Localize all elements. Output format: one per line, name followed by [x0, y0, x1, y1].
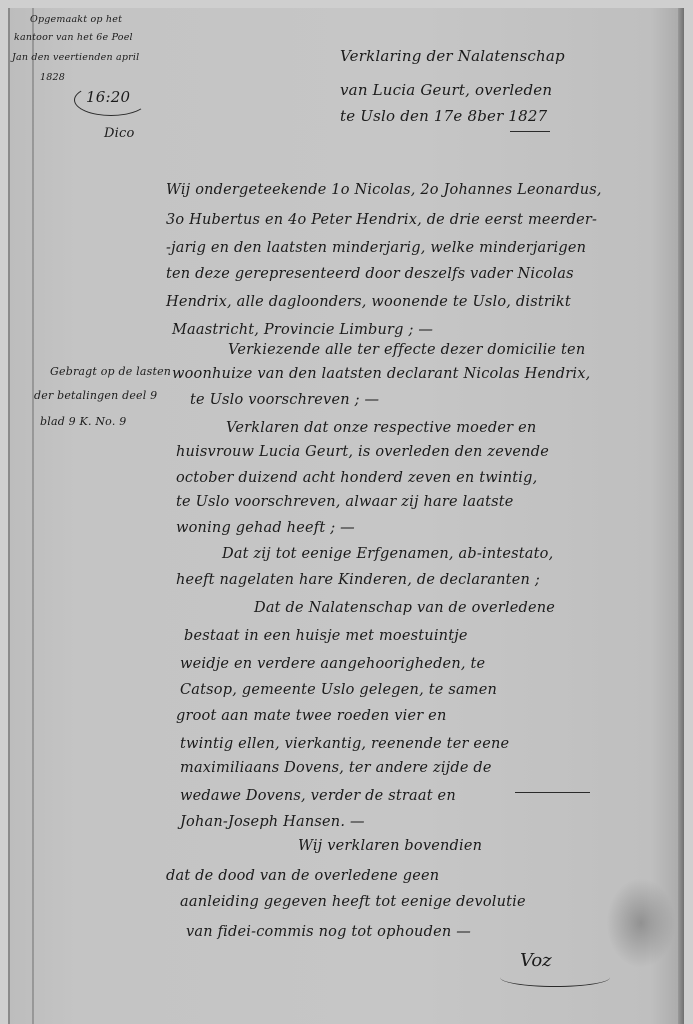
- body-line: ten deze gerepresenteerd door deszelfs v…: [166, 264, 574, 284]
- body-line: woning gehad heeft ; —: [176, 518, 355, 538]
- body-line: dat de dood van de overledene geen: [166, 866, 439, 886]
- body-line: -jarig en den laatsten minderjarig, welk…: [166, 238, 586, 258]
- body-line: Wij ondergeteekende 1o Nicolas, 2o Johan…: [166, 180, 602, 200]
- margin-note-middle-line: der betalingen deel 9: [34, 390, 157, 402]
- margin-note-top-line: Jan den veertienden april: [12, 52, 139, 64]
- body-line: Verklaren dat onze respective moeder en: [226, 418, 536, 438]
- body-line: maximiliaans Dovens, ter andere zijde de: [180, 758, 492, 778]
- body-line: aanleiding gegeven heeft tot eenige devo…: [180, 892, 526, 912]
- body-line: Wij verklaren bovendien: [298, 836, 482, 856]
- margin-note-top-line: Opgemaakt op het: [30, 14, 122, 26]
- title-line: van Lucia Geurt, overleden: [340, 80, 552, 100]
- body-line: wedawe Dovens, verder de straat en: [180, 786, 456, 806]
- body-line: october duizend acht honderd zeven en tw…: [176, 468, 537, 488]
- margin-note-middle-line: blad 9 K. No. 9: [40, 416, 126, 428]
- margin-note-top-line: 1828: [40, 72, 65, 84]
- paper-stain: [606, 878, 676, 968]
- title-line: Verklaring der Nalatenschap: [340, 46, 565, 66]
- registration-number: 16:20: [86, 88, 130, 106]
- body-line: groot aan mate twee roeden vier en: [176, 706, 447, 726]
- signature-flourish: [500, 968, 610, 987]
- body-line: Maastricht, Provincie Limburg ; —: [172, 320, 433, 340]
- body-line: Catsop, gemeente Uslo gelegen, te samen: [180, 680, 497, 700]
- date-underline: [510, 131, 550, 132]
- body-line: 3o Hubertus en 4o Peter Hendrix, de drie…: [166, 210, 597, 230]
- page-right-edge: [678, 8, 684, 1024]
- body-line: Johan-Joseph Hansen. —: [180, 812, 365, 832]
- body-line: twintig ellen, vierkantig, reenende ter …: [180, 734, 509, 754]
- body-line: woonhuize van den laatsten declarant Nic…: [172, 364, 590, 384]
- body-line: bestaat in een huisje met moestuintje: [184, 626, 468, 646]
- margin-note-extra: Dico: [104, 126, 135, 141]
- body-line: te Uslo voorschreven ; —: [190, 390, 379, 410]
- body-line: van fidei-commis nog tot ophouden —: [186, 922, 471, 942]
- page-fold-line: [32, 8, 34, 1024]
- margin-note-middle-line: Gebragt op de lasten: [50, 366, 171, 378]
- body-line: Hendrix, alle dagloonders, woonende te U…: [166, 292, 571, 312]
- body-line: Dat de Nalatenschap van de overledene: [254, 598, 555, 618]
- line-end-stroke: [515, 792, 590, 793]
- body-line: Verkiezende alle ter effecte dezer domic…: [228, 340, 585, 360]
- body-line: huisvrouw Lucia Geurt, is overleden den …: [176, 442, 549, 462]
- body-line: heeft nagelaten hare Kinderen, de declar…: [176, 570, 540, 590]
- body-line: te Uslo voorschreven, alwaar zij hare la…: [176, 492, 514, 512]
- margin-note-top-line: kantoor van het 6e Poel: [14, 32, 133, 44]
- body-line: Dat zij tot eenige Erfgenamen, ab-intest…: [222, 544, 553, 564]
- body-line: weidje en verdere aangehoorigheden, te: [180, 654, 485, 674]
- title-line: te Uslo den 17e 8ber 1827: [340, 106, 547, 126]
